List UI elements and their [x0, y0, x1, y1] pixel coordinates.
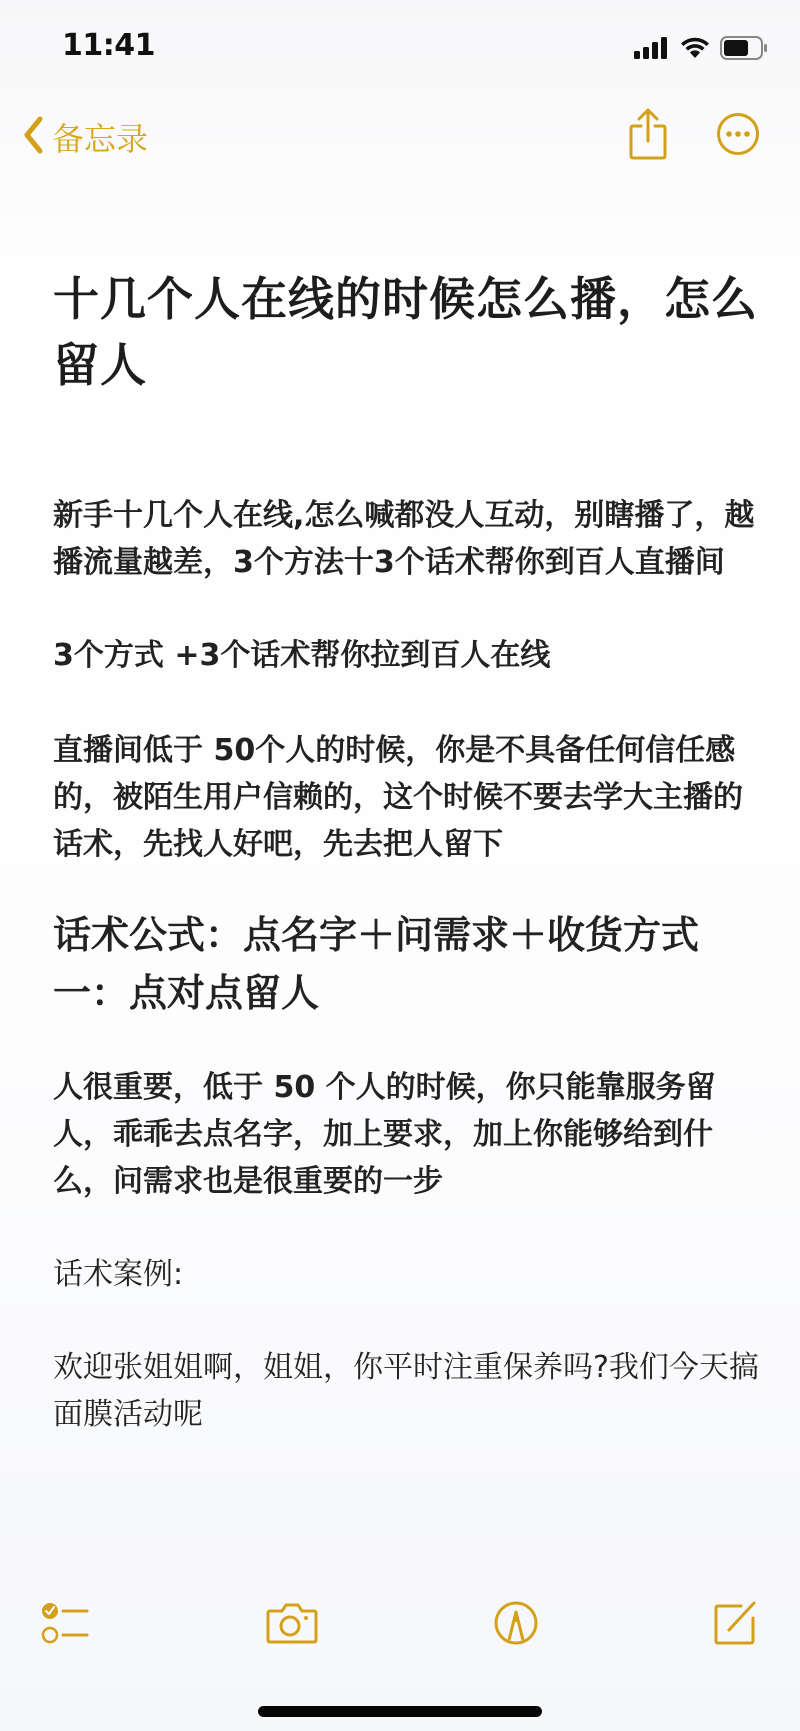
markup-button[interactable]	[486, 1595, 546, 1655]
share-icon	[628, 145, 668, 164]
wifi-icon	[680, 36, 710, 64]
markup-icon	[493, 1600, 539, 1650]
paragraph-example: 欢迎张姐姐啊，姐姐，你平时注重保养吗?我们今天搞面膜活动呢	[53, 1344, 760, 1438]
navigation-bar: 备忘录	[0, 104, 800, 168]
back-label: 备忘录	[52, 114, 148, 160]
cellular-signal-icon	[634, 37, 670, 63]
paragraph-intro: 新手十几个人在线,怎么喊都没人互动，别瞎播了，越播流量越差，3个方法十3个话术帮…	[53, 492, 760, 586]
status-time: 11:41	[62, 28, 155, 63]
status-icons	[634, 36, 768, 64]
note-title: 十几个人在线的时候怎么播，怎么留人	[53, 266, 760, 398]
compose-button[interactable]	[706, 1595, 766, 1655]
paragraph-context: 直播间低于 50个人的时候，你是不具备任何信任感的，被陌生用户信赖的，这个时候不…	[53, 727, 760, 868]
checklist-icon	[41, 1600, 91, 1650]
example-label: 话术案例:	[53, 1251, 760, 1298]
bottom-toolbar	[0, 1595, 800, 1655]
home-indicator[interactable]	[258, 1706, 542, 1717]
formula-heading: 话术公式：点名字＋问需求＋收货方式一：点对点留人	[53, 906, 760, 1022]
checklist-button[interactable]	[36, 1595, 96, 1655]
back-button[interactable]: 备忘录	[22, 114, 148, 160]
camera-button[interactable]	[262, 1595, 322, 1655]
share-button[interactable]	[628, 108, 668, 164]
note-body[interactable]: 十几个人在线的时候怎么播，怎么留人 新手十几个人在线,怎么喊都没人互动，别瞎播了…	[53, 266, 760, 1438]
camera-icon	[266, 1602, 318, 1648]
battery-icon	[720, 36, 768, 64]
more-options-icon	[716, 141, 760, 160]
more-options-button[interactable]	[716, 112, 760, 160]
chevron-left-icon	[22, 115, 44, 159]
status-bar: 11:41	[0, 0, 800, 96]
compose-icon	[713, 1600, 759, 1650]
paragraph-subtitle: 3个方式 +3个话术帮你拉到百人在线	[53, 632, 760, 679]
paragraph-explanation: 人很重要，低于 50 个人的时候，你只能靠服务留人，乖乖去点名字，加上要求，加上…	[53, 1064, 760, 1205]
